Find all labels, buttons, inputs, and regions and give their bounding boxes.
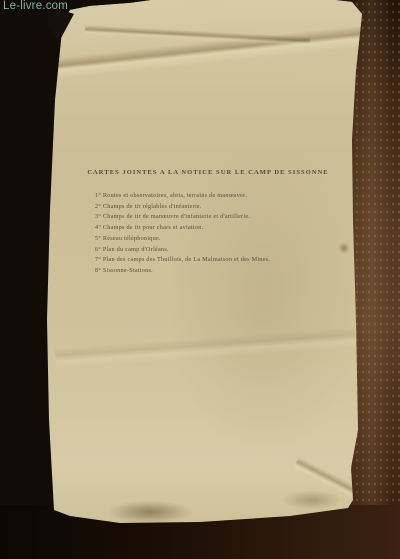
list-item: 1° Routes et observatoires, abris, terra… (95, 191, 330, 202)
list-item: 6° Plan du camp d'Orléans. (95, 245, 330, 256)
list-item: 7° Plan des camps des Thuillois, de La M… (95, 255, 330, 266)
list-item: 5° Réseau téléphonique. (95, 234, 330, 245)
list-item: 4° Champs de tir pour chars et aviation. (95, 223, 330, 234)
paper-envelope: CARTES JOINTES A LA NOTICE SUR LE CAMP D… (0, 0, 400, 559)
watermark: Le-livre.com (3, 0, 68, 12)
document-title: CARTES JOINTES A LA NOTICE SUR LE CAMP D… (58, 169, 358, 176)
list-item: 3° Champs de tir de manœuvre d'infanteri… (95, 212, 330, 223)
photo-of-document: CARTES JOINTES A LA NOTICE SUR LE CAMP D… (0, 0, 400, 559)
list-item: 2° Champs de tir réglables d'infanterie. (95, 202, 330, 213)
list-item: 8° Sissonne-Stations. (95, 266, 330, 277)
printed-text-block: CARTES JOINTES A LA NOTICE SUR LE CAMP D… (0, 0, 400, 559)
map-list: 1° Routes et observatoires, abris, terra… (95, 191, 330, 277)
